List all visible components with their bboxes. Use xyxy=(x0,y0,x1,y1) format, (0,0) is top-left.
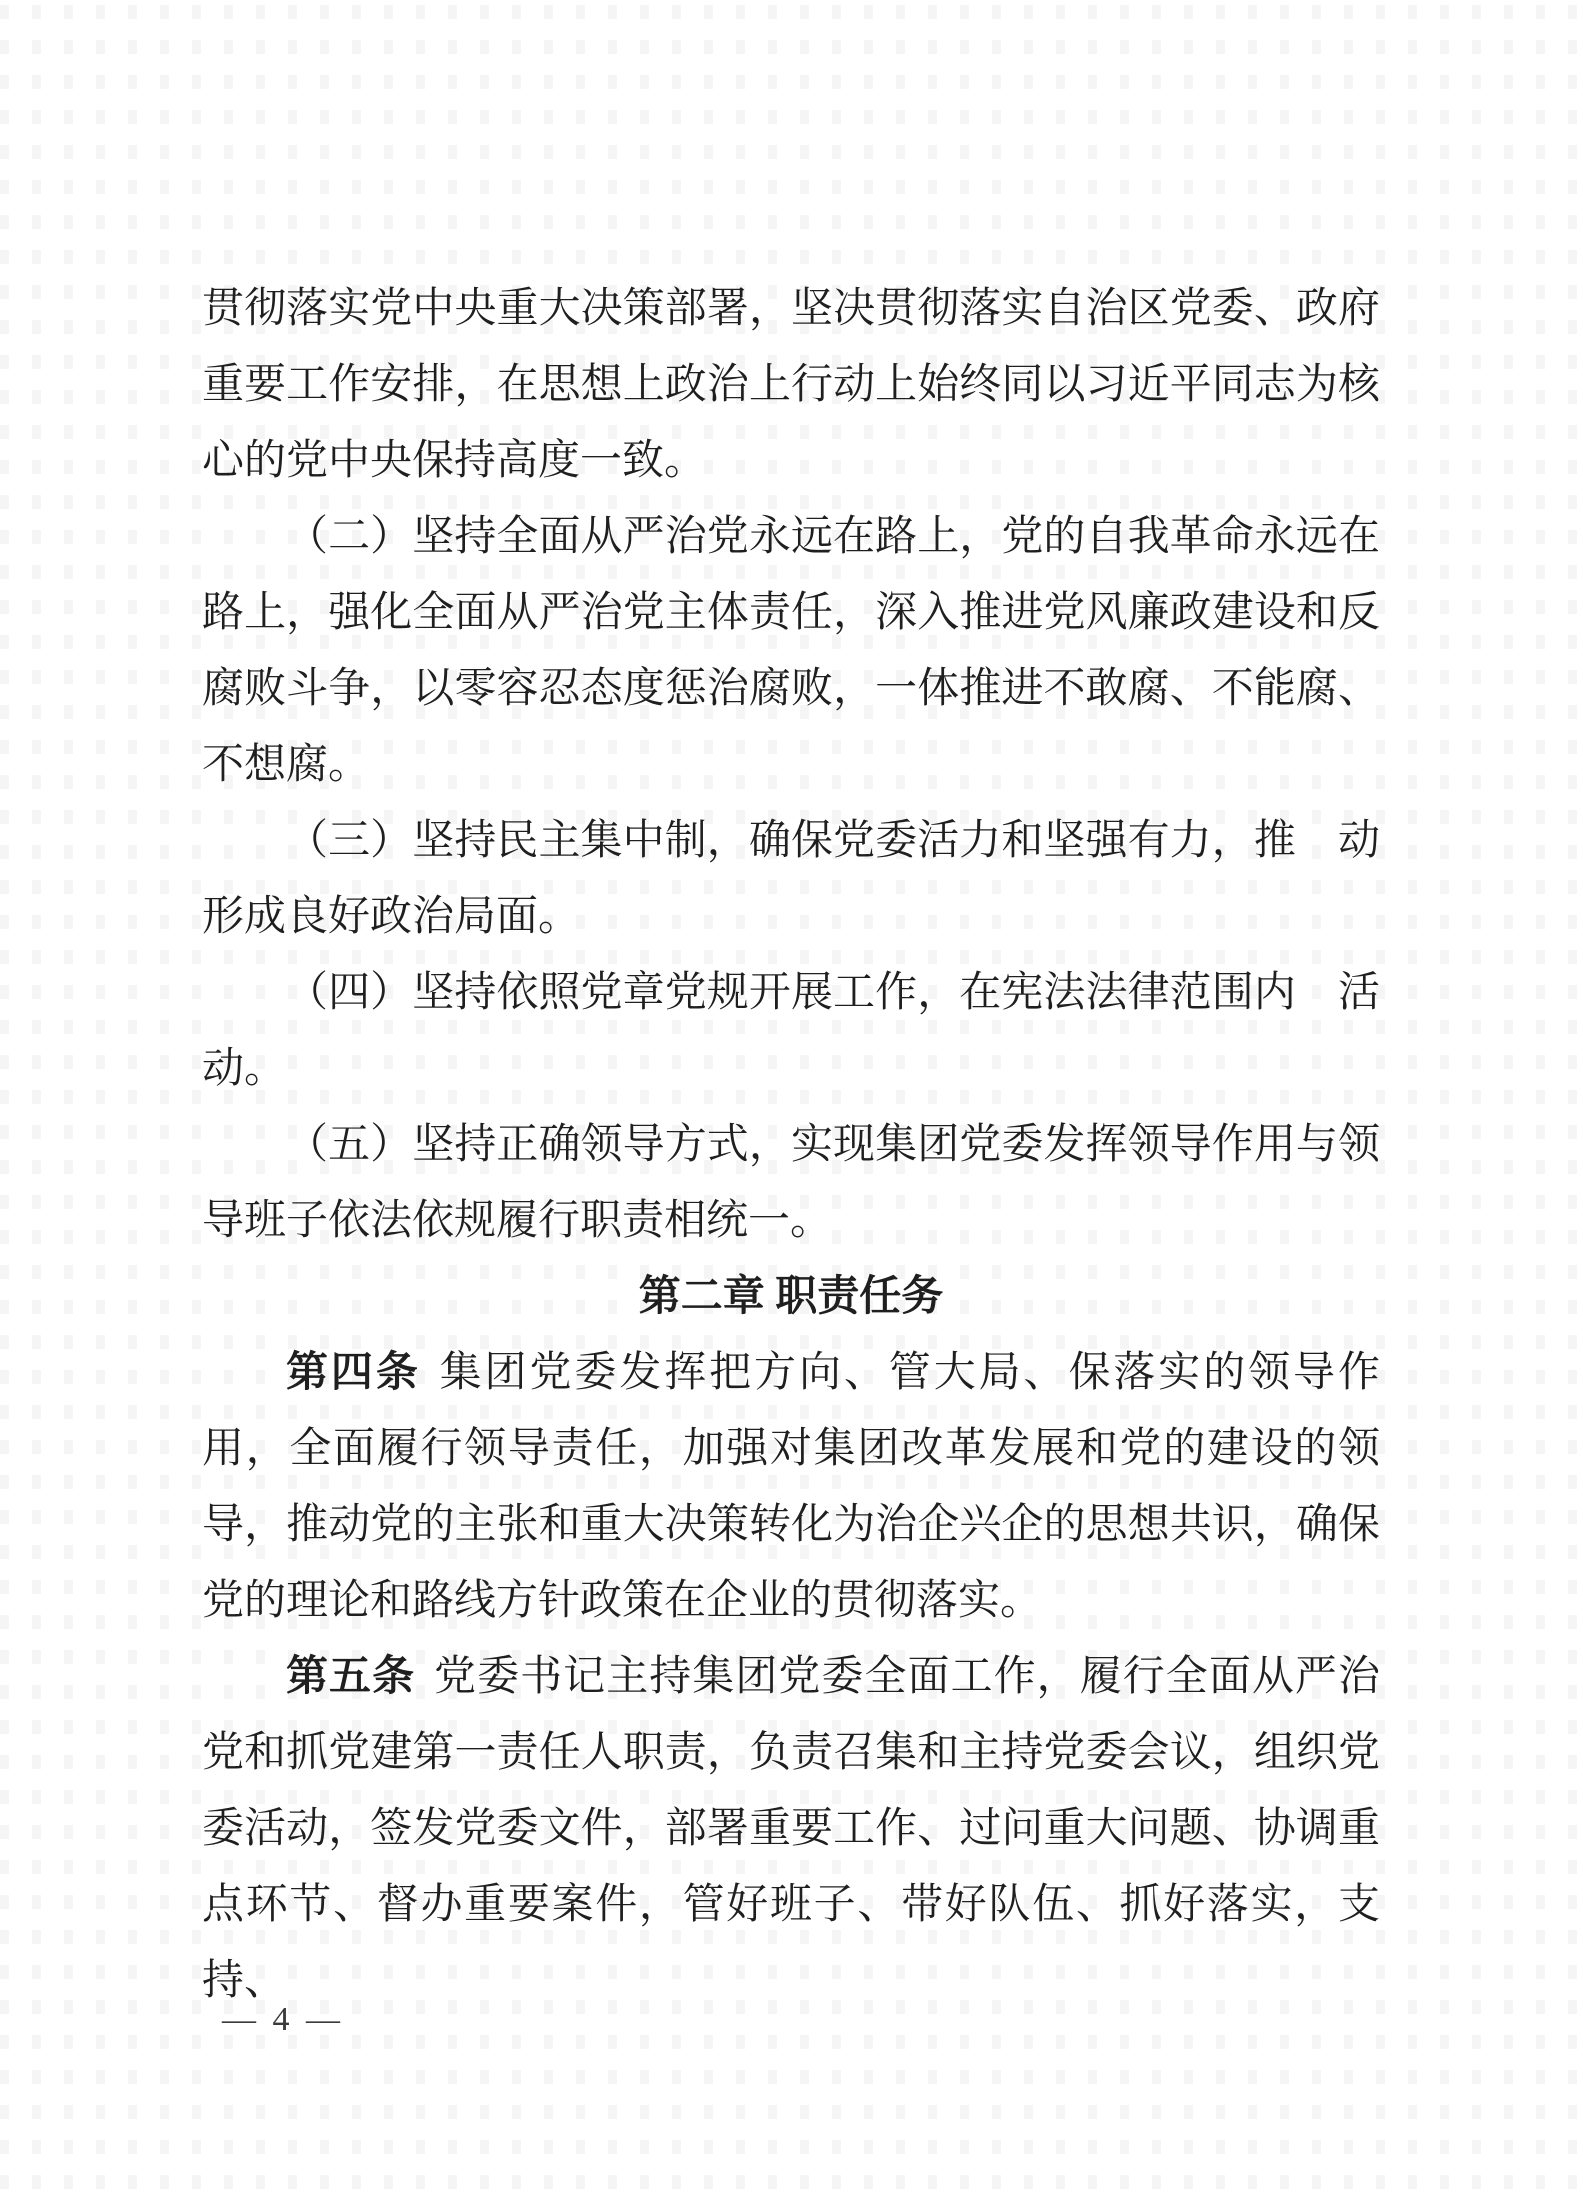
paragraph-item-3: （三）坚持民主集中制，确保党委活力和坚强有力，推 动形成良好政治局面。 xyxy=(202,803,1380,955)
document-page: 贯彻落实党中央重大决策部署，坚决贯彻落实自治区党委、政府重要工作安排，在思想上政… xyxy=(0,0,1583,2199)
article-4-lead: 第四条 xyxy=(286,1350,421,1396)
article-5-text: 党委书记主持集团党委全面工作，履行全面从严治党和抓党建第一责任人职责，负责召集和… xyxy=(202,1654,1380,2004)
page-number: — 4 — xyxy=(222,1996,344,2044)
article-5-lead: 第五条 xyxy=(286,1654,415,1700)
paragraph-continued: 贯彻落实党中央重大决策部署，坚决贯彻落实自治区党委、政府重要工作安排，在思想上政… xyxy=(202,271,1380,499)
paragraph-item-2: （二）坚持全面从严治党永远在路上，党的自我革命永远在路上，强化全面从严治党主体责… xyxy=(202,499,1380,803)
article-4-paragraph: 第四条集团党委发挥把方向、管大局、保落实的领导作用，全面履行领导责任，加强对集团… xyxy=(202,1335,1380,1639)
document-body: 贯彻落实党中央重大决策部署，坚决贯彻落实自治区党委、政府重要工作安排，在思想上政… xyxy=(202,271,1380,2019)
paragraph-item-4: （四）坚持依照党章党规开展工作，在宪法法律范围内 活动。 xyxy=(202,955,1380,1107)
paragraph-item-5: （五）坚持正确领导方式，实现集团党委发挥领导作用与领导班子依法依规履行职责相统一… xyxy=(202,1107,1380,1259)
chapter-2-heading: 第二章 职责任务 xyxy=(202,1259,1380,1335)
article-5-paragraph: 第五条党委书记主持集团党委全面工作，履行全面从严治党和抓党建第一责任人职责，负责… xyxy=(202,1639,1380,2019)
